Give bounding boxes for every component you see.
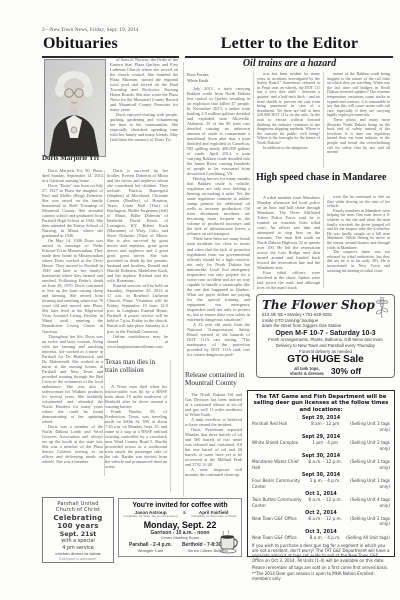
church-ad-line: Everyone is welcome! [45, 557, 111, 562]
paragraph: nature of the Bakken crude being shipped… [327, 72, 390, 118]
obituary-continuation-column: of Sons of Norway, the Order of the East… [110, 57, 178, 156]
coffee-ad-title: You're invited for coffee with [123, 502, 237, 509]
paragraph: Doris Marjorie Yri, 90, Plaza, died Sund… [42, 168, 103, 183]
newspaper-page: 2—New Town News, Friday, Sept. 19, 2014 … [0, 0, 400, 600]
letter-signature: Ross Forner, White Earth [187, 72, 209, 83]
paragraph: There have been too many bomb train inci… [187, 236, 250, 321]
column-rule [323, 195, 324, 288]
obituary-column-2: Doris is survived by her brother, Everet… [107, 168, 168, 354]
texas-article-body: A Texas man died when his tractor-traile… [105, 384, 167, 482]
paragraph: Doris was a member of the North Dakota L… [42, 424, 103, 464]
candidate-2-office: (candidate for Secretary of State) [191, 515, 237, 519]
paragraph: A state inspector will monitor the conti… [185, 467, 242, 477]
flower-shop-delivery: Delivery to New Town and Parshall every … [262, 343, 389, 349]
letter-column-2: ucts has been evident for many years in … [257, 72, 320, 168]
tat-schedule-row: Parshall Red Hall8 am - 12 pm(Selling Un… [252, 421, 390, 432]
paragraph: Funeral services will be held on Saturda… [107, 283, 168, 333]
paragraph: A tribal member from Mandaree Monday aft… [257, 195, 320, 270]
paragraph: In addition to the dangerous [257, 146, 320, 151]
flower-shop-discount: 30% off [331, 366, 361, 376]
coffee-ad-candidates: Jason Astroup (candidate for State Tax C… [123, 510, 237, 519]
chase-column-1: A tribal member from Mandaree Monday aft… [257, 195, 320, 289]
paragraph: These points and many more illustrate No… [327, 118, 390, 155]
paragraph: A tank overflow is believed to have caus… [185, 417, 242, 427]
paragraph: On May 14, 1946 Doris was united in marr… [42, 238, 103, 333]
paragraph: went flat he continued to flee on flats … [327, 195, 390, 209]
column-rule [253, 72, 254, 290]
church-ad-line: Celebrating [45, 514, 111, 522]
tat-schedule-row: Twin Buttes Community Center8 a.m. - 12 … [252, 497, 390, 508]
paragraph: The suspect's name was not released by t… [327, 250, 390, 273]
flower-shop-sale-title: GTO HUGE Sale [262, 355, 389, 365]
paragraph: A 23 year old study from the National Tr… [187, 322, 250, 357]
letter-signature-place: White Earth [187, 78, 209, 84]
tat-schedule: Sept 29, 2014 Parshall Red Hall8 am - 12… [252, 415, 390, 540]
candidate-1-office: (candidate for State Tax Commissioner) [124, 515, 178, 519]
release-article-body: The North Dakota Oil and Gas Division ha… [185, 392, 242, 496]
paragraph: Family members in Mandaree were helping … [327, 209, 390, 250]
column-rule [323, 72, 324, 168]
letter-headline: Oil trains are a hazard [185, 58, 394, 69]
release-article-headline: Release contained in Mountrail County [185, 372, 257, 388]
flower-icon [374, 297, 390, 319]
section-divider-rule [183, 62, 184, 496]
church-ad-line: Sept. 21st [45, 531, 111, 539]
flower-shop-street-line: down the street from Juggers Gas Station [262, 323, 389, 329]
obituaries-section-title: Obituaries [43, 35, 118, 53]
chase-headline: High speed chase in Mandaree [256, 173, 386, 184]
paragraph: A Texas man died when his tractor-traile… [105, 384, 167, 409]
church-ad-line: 100 years [45, 522, 111, 530]
paragraph: Throughout her life, Doris was an active… [42, 334, 103, 424]
letter-column-1: July 2013, a train carrying Bakken crude… [187, 86, 250, 392]
letters-section-title: Letter to the Editor [185, 35, 394, 53]
paragraph: Doris is survived by her brother, Everet… [107, 168, 168, 283]
paragraph: Oasis Petroleum reported Monday that thr… [185, 427, 242, 467]
letter-signature-name: Ross Forner, [187, 72, 209, 78]
stop-2-venue: Wrangler Cafe [123, 549, 178, 554]
church-anniversary-ad: Parshall United Church of Christ Celebra… [42, 497, 114, 563]
texas-article-headline: Texas man dies in train collision [105, 359, 169, 374]
page-meta-line: 2—New Town News, Friday, Sept. 19, 2014 [42, 28, 138, 33]
paragraph: Online condolences may be shared at www.… [107, 334, 168, 349]
tat-game-fish-ad: The TAT Game and Fish Department will be… [247, 390, 395, 557]
flower-shop-name: The Flower Shop [262, 298, 389, 312]
letter-column-3: nature of the Bakken crude being shipped… [327, 72, 390, 167]
tat-schedule-row: New Town G&F Office8 a.m. - 12 p.m.(Sell… [252, 516, 390, 527]
chase-column-2: went flat he continued to flee on flats … [327, 195, 390, 289]
flower-shop-hours: Open M-F 10-7 - Saturday 10-3 [262, 330, 389, 337]
coffee-cup-icon [219, 530, 239, 554]
tat-schedule-row: Four Bears Community Center1 p.m. - 4 p.… [252, 478, 390, 489]
paragraph: July 2013, a train carrying Bakken crude… [187, 86, 250, 176]
candidate-coffee-ad: You're invited for coffee with Jason Ast… [118, 498, 242, 557]
obituary-photo [44, 59, 106, 157]
tat-ad-title: The TAT Game and Fish Department will be… [252, 394, 390, 413]
paragraph: Please remember all tags are sold on a f… [252, 565, 390, 570]
obituary-column-1: Doris Marjorie Yri, 90, Plaza, died Sund… [42, 168, 103, 478]
paragraph: Doris enjoyed visiting with people, quil… [110, 112, 178, 142]
portrait-image [45, 60, 105, 156]
flower-shop-ad: The Flower Shop 513 4th SE • Stanley • 7… [256, 294, 395, 378]
paragraph: The North Dakota Oil and Gas Division ha… [185, 392, 242, 417]
tat-schedule-row: White Shield Complex1 pm - 4 pm(Selling … [252, 440, 390, 451]
paragraph: Frank Bardin, 59, of Fredericton, Texas,… [105, 409, 167, 469]
paragraph: of Sons of Norway, the Order of the East… [110, 57, 178, 112]
paragraph: Four tribal officers were involved in th… [257, 270, 320, 289]
paragraph: If you wish to purchase a deer gun tag f… [252, 543, 390, 564]
coffee-ad-date: Monday, Sept. 22 [123, 520, 237, 530]
tat-schedule-row: New Town G&F Office8 a.m. - 4 p.m.(Selli… [252, 535, 390, 540]
tat-ad-footer: If you wish to purchase a deer gun tag f… [252, 543, 390, 581]
paragraph: **The 2014 Deer gun season is open to MH… [252, 571, 390, 581]
flower-shop-sale-items: all tank tops, shorts & dresses [290, 366, 324, 376]
ampersand: & [183, 510, 186, 515]
column-rule [170, 360, 171, 492]
flower-shop-items: Fresh Arrangements, Plants, Balloons, Gi… [262, 337, 389, 343]
paragraph: ucts has been evident for many years in … [257, 72, 320, 146]
tat-schedule-row: Mandaree Water Chief Hall8 a.m. - 12 p.m… [252, 459, 390, 470]
paragraph: Doris "Dorie" was born on July 27, 1927 … [42, 183, 103, 238]
obituary-headline: Doris Marjorie Yri [42, 155, 99, 163]
paragraph: Having known for many months that Bakken… [187, 176, 250, 236]
